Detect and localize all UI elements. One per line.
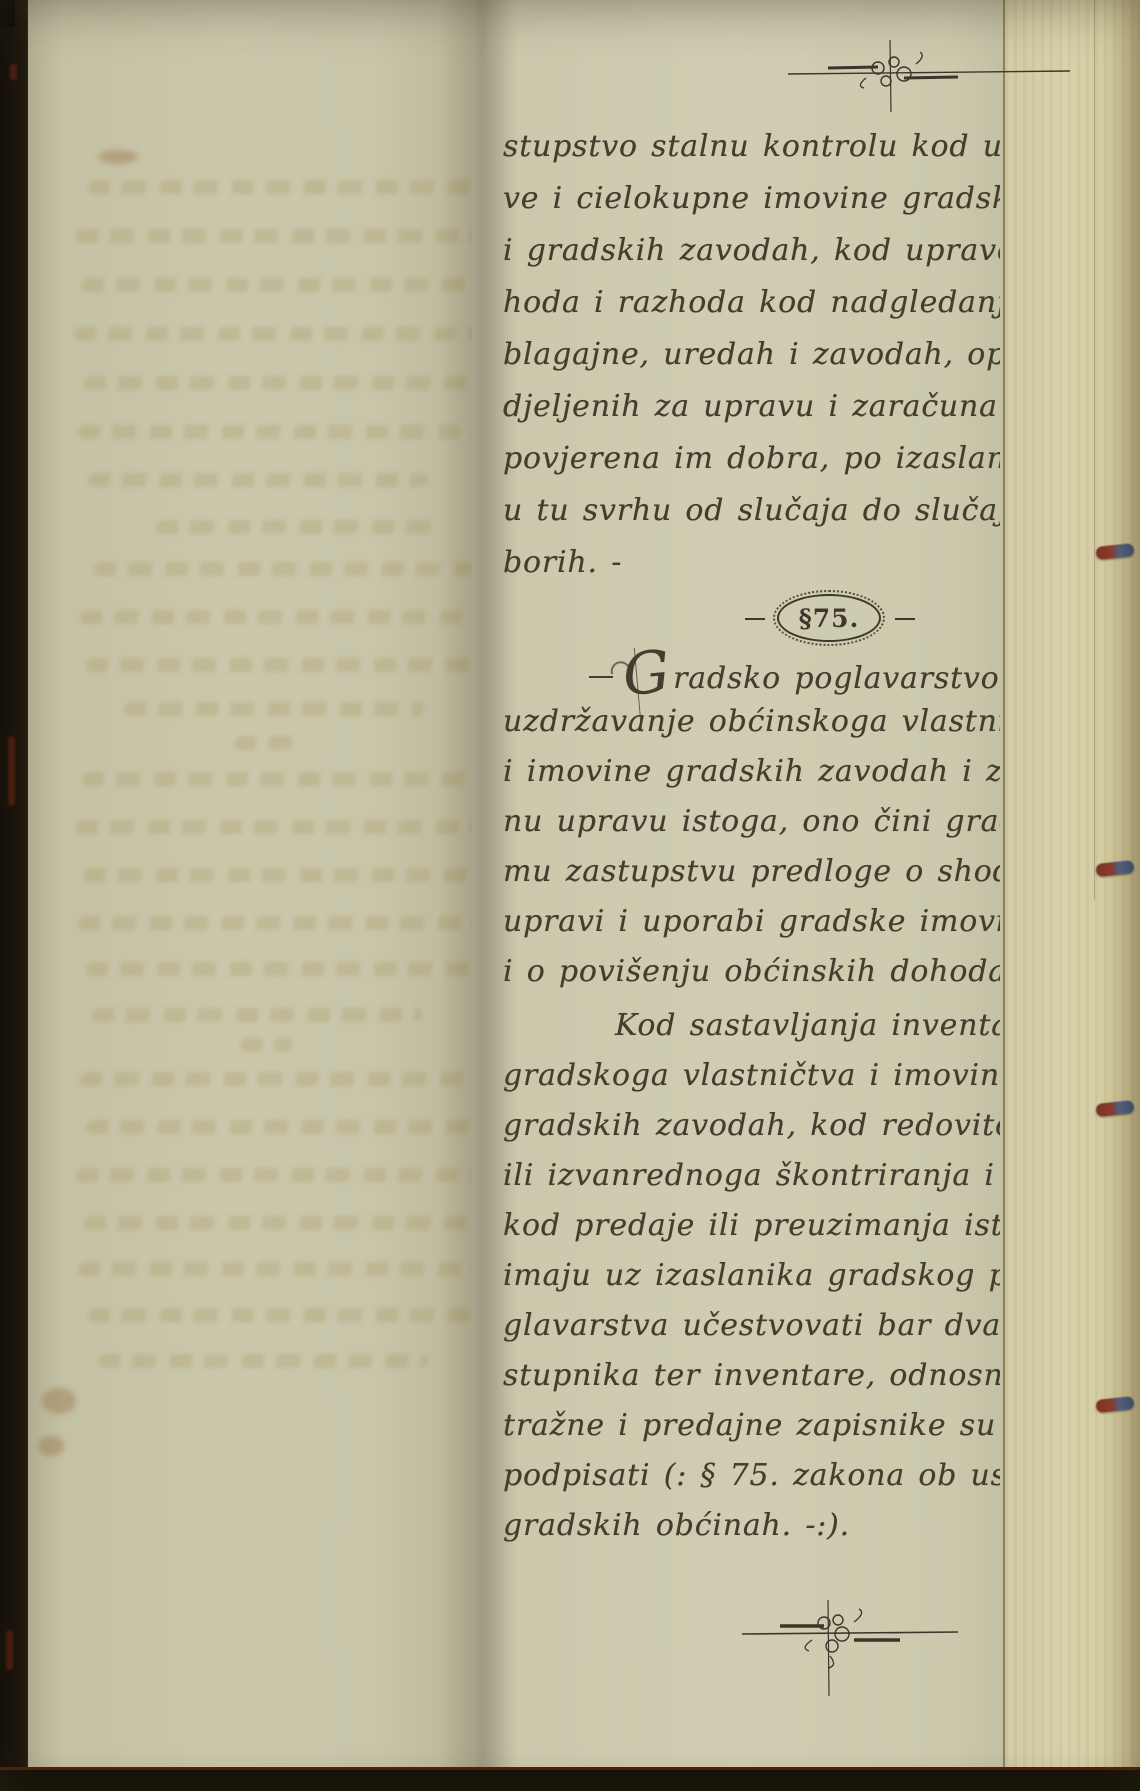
bleed-through-text-line <box>79 610 476 624</box>
fore-edge-crease <box>1094 0 1095 900</box>
manuscript-line: tražne i predajne zapisnike su - <box>503 1402 1000 1452</box>
manuscript-line: i gradskih zavodah, kod uprave pri <box>503 226 1000 278</box>
bleed-through-text-line <box>83 376 474 390</box>
manuscript-line: Kod sastavljanja inventara <box>503 1002 1000 1052</box>
manuscript-line: glavarstva učestvovati bar dva za- <box>503 1302 1000 1352</box>
bleed-through-text-line <box>83 1216 478 1230</box>
manuscript-line: podpisati (: § 75. zakona ob ustroju <box>503 1452 1000 1502</box>
manuscript-line: stupnika ter inventare, odnosno iz <box>503 1352 1000 1402</box>
paragraph-2: Gradsko poglavarstvo skrbi zauzdržavanje… <box>503 648 1000 998</box>
manuscript-line-text: radsko poglavarstvo skrbi za <box>673 661 1000 696</box>
manuscript-line: upravi i uporabi gradske imovine <box>503 898 1000 948</box>
manuscript-line: ve i cielokupne imovine gradske i <box>503 174 1000 226</box>
spine-red-mark <box>6 1630 13 1670</box>
manuscript-line: ili izvanrednoga škontriranja i <box>503 1152 1000 1202</box>
manuscript-line: hoda i razhoda kod nadgledanja <box>503 278 1000 330</box>
ornate-initial-letter: G <box>621 651 671 695</box>
bleed-through-text-line <box>79 1072 478 1086</box>
bleed-through-text-line <box>75 820 478 834</box>
bleed-through-text-line <box>93 562 474 576</box>
manuscript-line: gradskoga vlastničtva i imovine <box>503 1052 1000 1102</box>
bleed-through-text-line <box>83 868 476 882</box>
manuscript-line: nu upravu istoga, ono čini gradsko <box>503 798 1000 848</box>
scan-corner-shadow <box>0 0 15 27</box>
bleed-through-text-line <box>97 1354 428 1368</box>
bleed-through-text-line <box>77 916 478 930</box>
manuscript-line: i o povišenju obćinskih dohodakah <box>503 948 1000 998</box>
paper-stain <box>42 1388 76 1414</box>
badge-left-dash <box>745 618 765 620</box>
manuscript-line: borih. - <box>503 538 1000 590</box>
bleed-through-text-line <box>85 1120 476 1134</box>
manuscript-line: u tu svrhu od slučaja do slučaja od <box>503 486 1000 538</box>
manuscript-line: gradskih obćinah. -:). <box>503 1502 1000 1552</box>
paragraph-1: stupstvo stalnu kontrolu kod upra-ve i c… <box>503 122 1000 590</box>
top-flourish-ornament <box>770 34 1070 118</box>
section-75-badge: §75. <box>745 594 915 644</box>
bottom-flourish-ornament <box>742 1596 958 1704</box>
manuscript-line: povjerena im dobra, po izaslanih <box>503 434 1000 486</box>
manuscript-line: kod predaje ili preuzimanja istoga, <box>503 1202 1000 1252</box>
bleed-through-text-line <box>81 278 478 292</box>
paper-stain <box>98 150 138 164</box>
manuscript-line: Gradsko poglavarstvo skrbi za <box>503 648 1000 698</box>
bleed-through-text-line <box>155 520 436 534</box>
bleed-through-text-line <box>87 180 480 194</box>
initial-flourish-dash <box>589 676 613 678</box>
spine-red-mark <box>8 736 15 806</box>
manuscript-line: i imovine gradskih zavodah i za shod <box>503 748 1000 798</box>
bleed-through-text-line <box>87 473 428 487</box>
left-page-verso <box>28 0 472 1771</box>
bleed-through-text-line <box>91 1008 422 1022</box>
bleed-through-text-line <box>123 702 424 716</box>
bleed-through-text-line <box>73 327 478 341</box>
bleed-through-text-line <box>85 962 472 976</box>
book-fore-edge <box>1003 0 1140 1771</box>
paragraph-3: Kod sastavljanja inventaragradskoga vlas… <box>503 1002 1000 1552</box>
bleed-through-text-line <box>77 425 476 439</box>
bleed-through-text-line <box>87 1308 472 1322</box>
manuscript-line: imaju uz izaslanika gradskog po <box>503 1252 1000 1302</box>
bleed-through-text-line <box>239 1038 292 1052</box>
manuscript-line: gradskih zavodah, kod redovitoga <box>503 1102 1000 1152</box>
scanned-manuscript-page: { "document": { "kind": "handwritten man… <box>0 0 1140 1791</box>
section-number: §75. <box>777 594 881 642</box>
bleed-through-text-line <box>233 736 294 750</box>
spine-red-mark <box>10 64 17 80</box>
book-bottom-edge <box>0 1767 1140 1791</box>
manuscript-line: blagajne, uredah i zavodah, opre- <box>503 330 1000 382</box>
bleed-through-text-line <box>75 229 478 243</box>
manuscript-line: djeljenih za upravu i zaračunanje <box>503 382 1000 434</box>
badge-right-dash <box>895 618 915 620</box>
paper-stain <box>38 1436 64 1456</box>
bleed-through-text-line <box>75 1168 476 1182</box>
manuscript-line: stupstvo stalnu kontrolu kod upra- <box>503 122 1000 174</box>
manuscript-line: uzdržavanje obćinskoga vlastničtva <box>503 698 1000 748</box>
bleed-through-text-line <box>77 1262 476 1276</box>
bleed-through-text-line <box>85 658 474 672</box>
bleed-through-text-line <box>81 772 478 786</box>
manuscript-line: mu zastupstvu predloge o shodnijoj <box>503 848 1000 898</box>
